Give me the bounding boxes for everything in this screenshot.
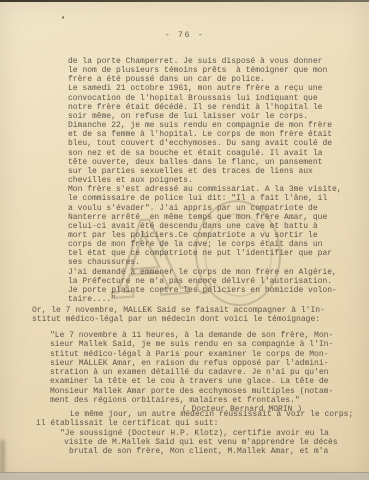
text-line: Dimanche 22, je me suis rendu en compagn… — [68, 121, 342, 130]
text-line: Or, le 7 novembre, MALLEK Said se faisai… — [32, 306, 325, 315]
text-line: sieur MALLEK Amar, en raison du refus op… — [50, 359, 333, 368]
text-line: le commissaire de police lui dit: "Il a … — [68, 194, 342, 203]
doctor-klotz-certificate: "Je soussigné (Docteur H.P. Klotz), cert… — [60, 429, 338, 457]
text-line: sieur Mallek Said, je me suis rendu en s… — [50, 340, 333, 349]
doctor-morin-testimony: "Le 7 novembre à 11 heures, à la demande… — [50, 331, 333, 405]
text-line: et de sa femme à l'hopital. Le corps de … — [68, 130, 342, 139]
text-line: Nanterre arrêté en même temps que mon fr… — [68, 213, 342, 222]
text-line: tel état que ce compatriote ne put l'ide… — [68, 249, 342, 258]
text-line: examiner la tête et le cou à travers une… — [50, 377, 333, 386]
text-line: de la porte Champerret. Je suis disposé … — [68, 57, 342, 66]
text-line: celui-ci avait été descendu dans une cav… — [68, 222, 342, 231]
text-line: Mon frère s'est adressé au commissariat.… — [68, 185, 342, 194]
text-line: Le samedi 21 octobre 1961, mon autre frè… — [68, 84, 342, 93]
text-line: soir même, on refuse de lui laisser voir… — [68, 112, 342, 121]
text-line: ment des régions orbitaires, malaires et… — [50, 396, 333, 405]
text-line: notre frère était décédé. Il se rendit à… — [68, 103, 342, 112]
text-line: "Le 7 novembre à 11 heures, à la demande… — [50, 331, 333, 340]
text-line: tête ouverte, deux balles dans le flanc,… — [68, 158, 342, 167]
brother-testimony-paragraph: de la porte Champerret. Je suis disposé … — [68, 57, 342, 304]
scanned-document-page: - 76 - A. de la porte Champerret. Je sui… — [0, 0, 369, 480]
page-number: - 76 - — [0, 30, 369, 40]
text-line: J'ai demandé à emmener le corps de mon f… — [68, 268, 342, 277]
text-line: le nom de plusieurs témoins prêts à témo… — [68, 66, 342, 75]
narration-paragraph-2: Le même jour, un autre médecin réussissa… — [36, 410, 353, 429]
text-line: bleu, tout couvert d'ecchymoses. Du sang… — [68, 139, 342, 148]
text-line: taire...." — [68, 295, 342, 304]
text-line: convocation de l'hopital Broussais lui i… — [68, 94, 342, 103]
text-line: Je porte plainte contre les policiers en… — [68, 286, 342, 295]
scan-bottom-edge — [0, 472, 369, 480]
scan-top-edge — [0, 0, 369, 2]
text-line: Le même jour, un autre médecin réussissa… — [36, 410, 353, 419]
text-line: ses chaussures. — [68, 258, 342, 267]
scan-corner-smudge — [0, 440, 5, 474]
text-line: corps de mon frère de la cave; le corps … — [68, 240, 342, 249]
text-line: mort par les policiers.Ce compatriote a … — [68, 231, 342, 240]
text-line: stration à un examen détaillé du cadavre… — [50, 368, 333, 377]
text-line: stitut médico-légal à Paris pour examine… — [50, 350, 333, 359]
paper-speck — [62, 16, 64, 19]
text-line: stitut médico-légal par un médecin dont … — [32, 315, 325, 324]
text-line: visite de M.Mallek Said qui est venu m'a… — [60, 438, 338, 447]
text-line: frère a été poussé dans un car de police… — [68, 75, 342, 84]
text-line: a voulu s'évader". J'ai appris par un co… — [68, 204, 342, 213]
text-line: sur le parties sexuelles et des traces d… — [68, 167, 342, 176]
text-line: brutal de son frère, Mon client, M.Malle… — [60, 447, 338, 456]
text-line: chevilles et aux poignets. — [68, 176, 342, 185]
text-line: son nez et de sa bouche et était coagulé… — [68, 149, 342, 158]
text-line: Monsieur Mallek Amar porte des ecchymose… — [50, 387, 333, 396]
text-line: "Je soussigné (Docteur H.P. Klotz), cert… — [60, 429, 338, 438]
text-line: la Préfecture ne m'a pas encore délivré … — [68, 277, 342, 286]
narration-paragraph-1: Or, le 7 novembre, MALLEK Said se faisai… — [32, 306, 325, 325]
text-line: il établissait le certificat qui suit: — [36, 419, 353, 428]
